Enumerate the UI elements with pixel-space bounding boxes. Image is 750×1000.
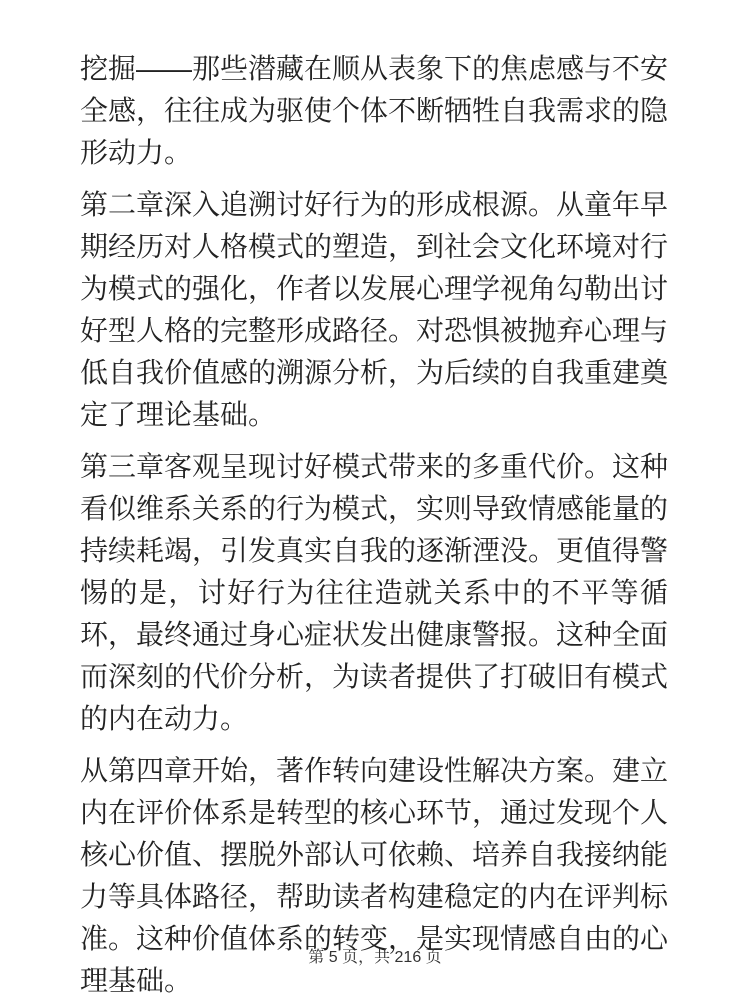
book-page: 挖掘——那些潜藏在顺从表象下的焦虑感与不安全感，往往成为驱使个体不断牺牲自我需求… (0, 0, 750, 1000)
paragraph: 第三章客观呈现讨好模式带来的多重代价。这种看似维系关系的行为模式，实则导致情感能… (80, 446, 668, 740)
page-footer: 第 5 页，共 216 页 (0, 949, 750, 967)
paragraph: 挖掘——那些潜藏在顺从表象下的焦虑感与不安全感，往往成为驱使个体不断牺牲自我需求… (80, 48, 668, 174)
page-number-indicator: 第 5 页，共 216 页 (308, 949, 441, 966)
page-content: 挖掘——那些潜藏在顺从表象下的焦虑感与不安全感，往往成为驱使个体不断牺牲自我需求… (0, 0, 750, 1000)
paragraph: 第二章深入追溯讨好行为的形成根源。从童年早期经历对人格模式的塑造，到社会文化环境… (80, 184, 668, 436)
